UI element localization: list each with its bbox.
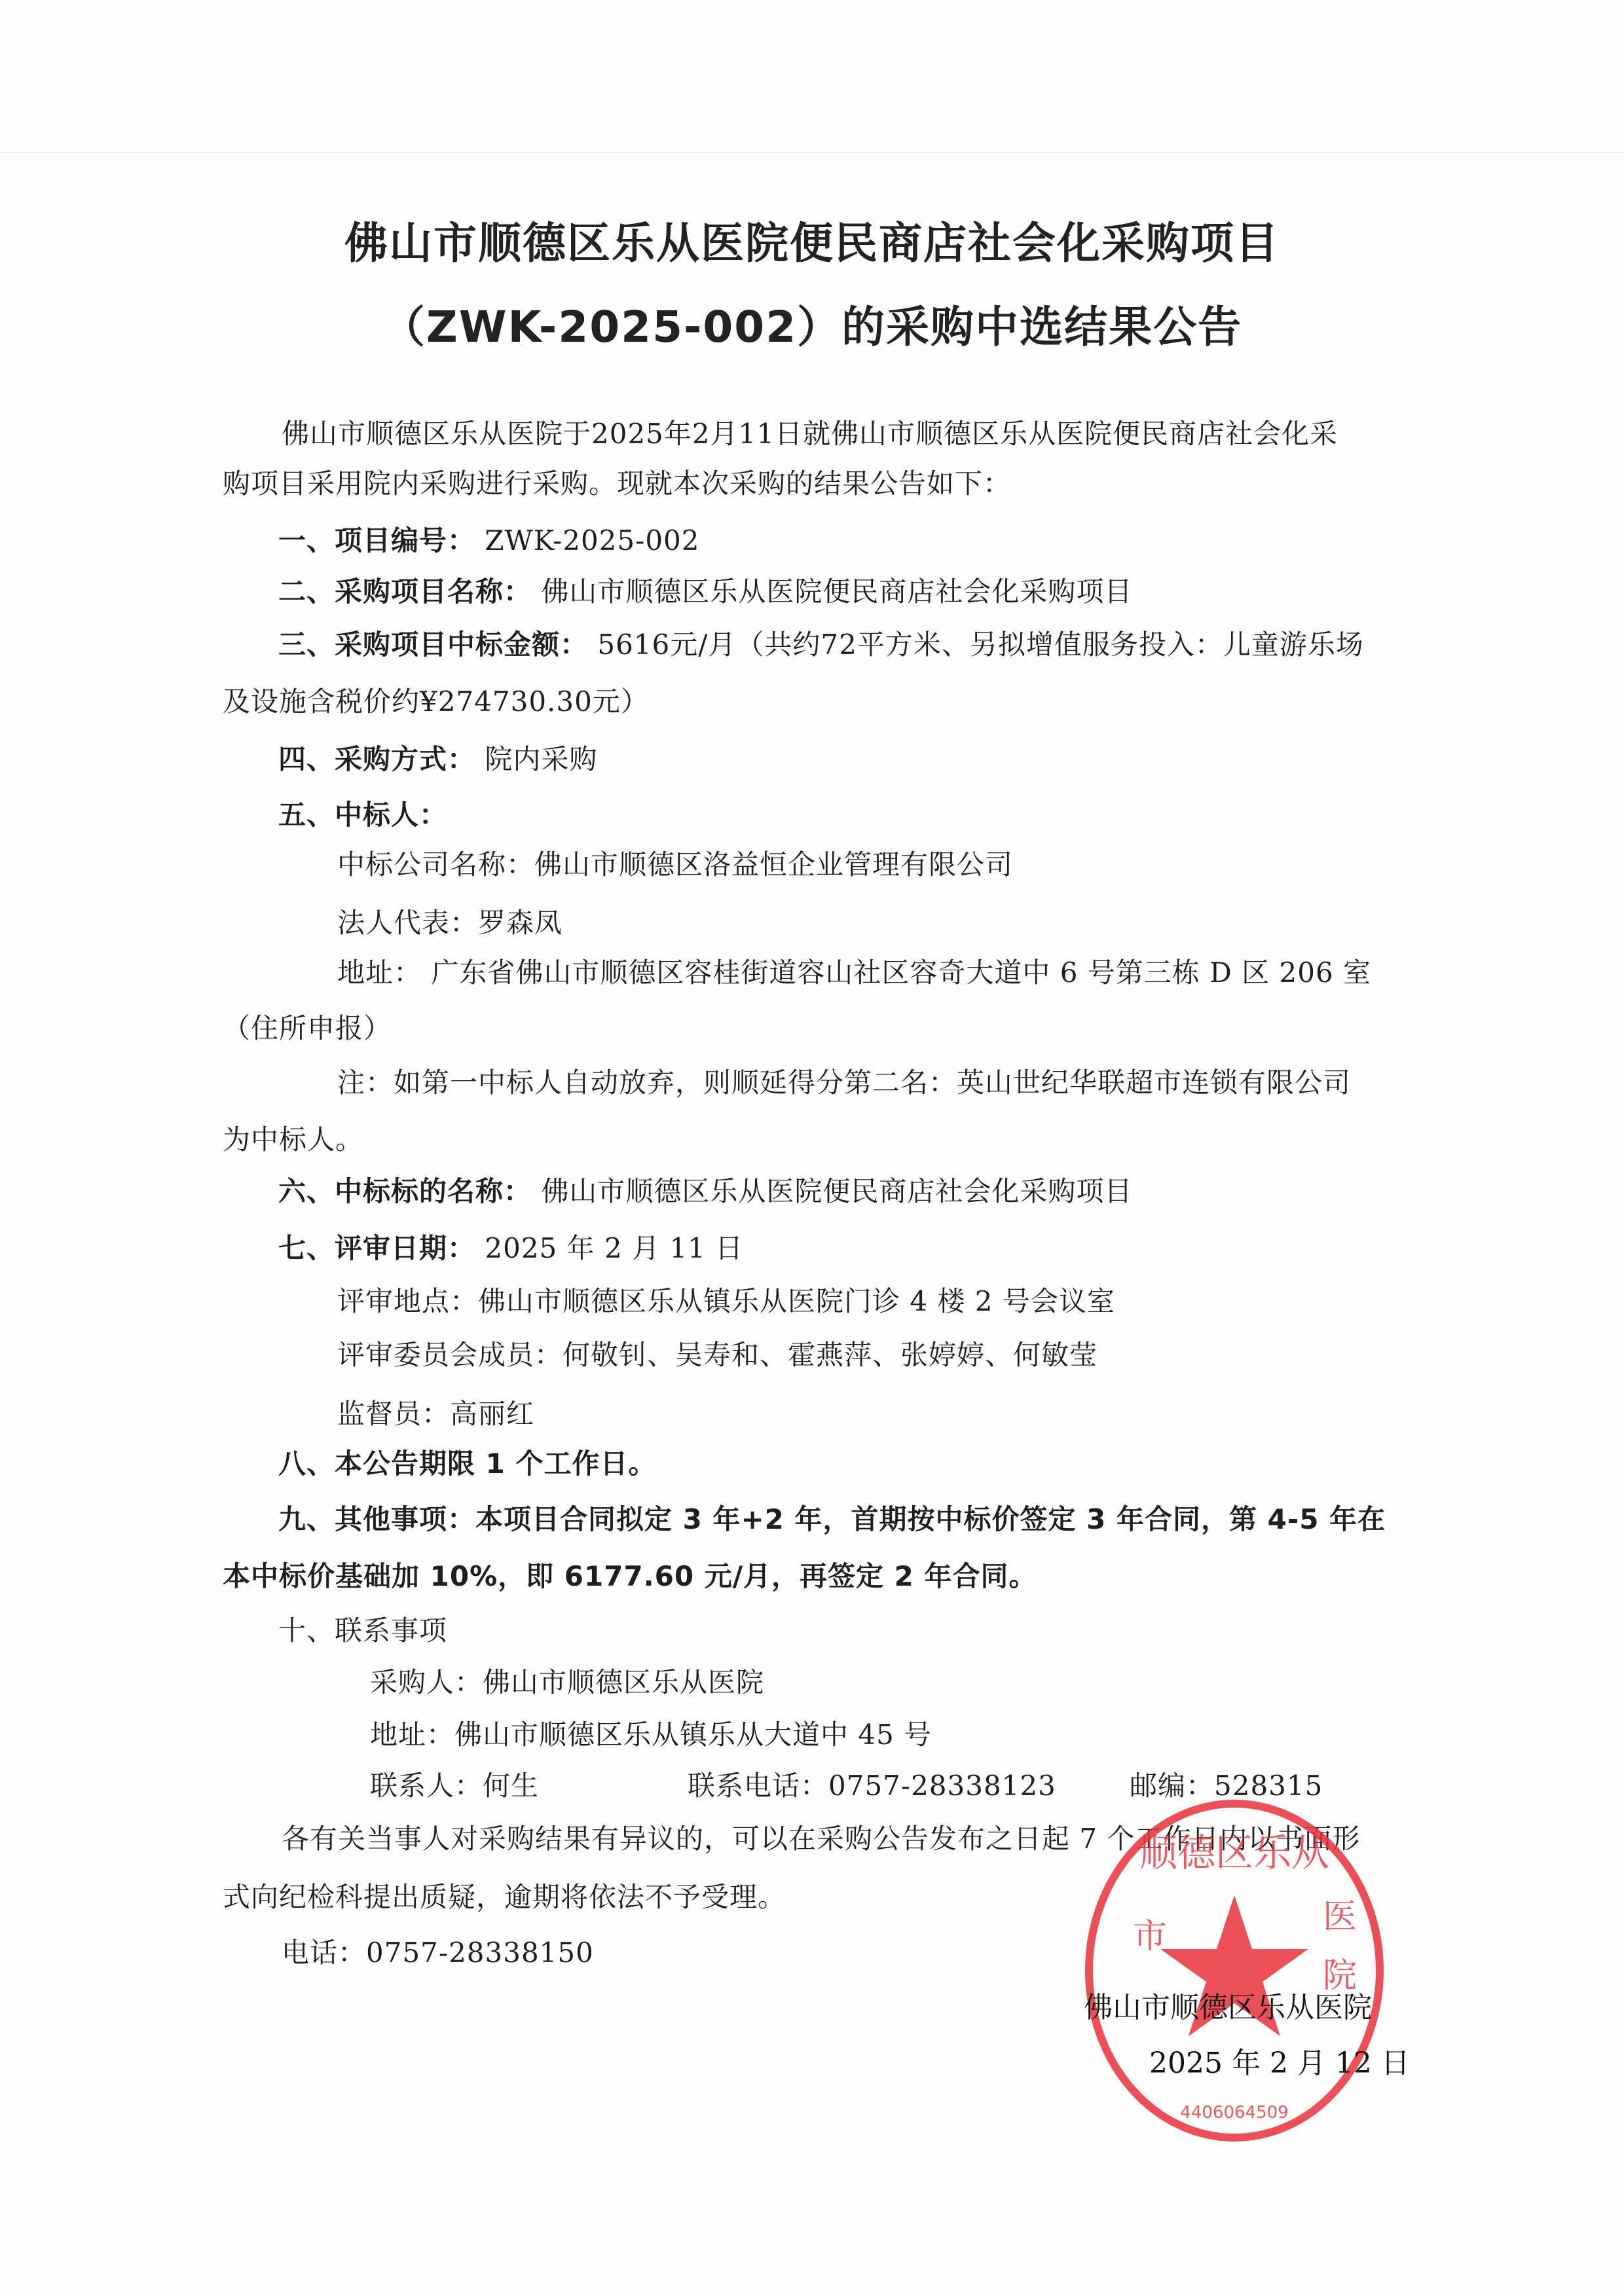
svg-text:4406064509: 4406064509 <box>1180 2103 1288 2123</box>
contact-phone: 联系电话：0757-28338123 <box>688 1771 1056 1801</box>
svg-text:顺德区乐从: 顺德区乐从 <box>1139 1831 1329 1875</box>
section-8: 八、本公告期限 1 个工作日。 <box>278 1449 656 1479</box>
section-5-label: 五、中标人： <box>278 800 447 830</box>
company-address-cont: （住所申报） <box>223 1013 392 1044</box>
signature-organization: 佛山市顺德区乐从医院 <box>1084 1984 1372 2026</box>
section-4: 四、采购方式： 院内采购 <box>278 744 597 774</box>
section-6-label: 六、中标标的名称： <box>278 1175 532 1207</box>
section-6: 六、中标标的名称： 佛山市顺德区乐从医院便民商店社会化采购项目 <box>278 1176 1132 1207</box>
title-line-1: 佛山市顺德区乐从医院便民商店社会化采购项目 <box>0 208 1624 270</box>
note-line-2: 为中标人。 <box>223 1125 363 1155</box>
bid-subject-name: 佛山市顺德区乐从医院便民商店社会化采购项目 <box>541 1175 1132 1207</box>
procurement-method: 院内采购 <box>485 743 597 775</box>
phone: 电话：0757-28338150 <box>282 1938 594 1968</box>
official-seal-icon: 顺德区乐从 市 医 院 4406064509 <box>1080 1797 1388 2147</box>
winning-company: 中标公司名称：佛山市顺德区洛益恒企业管理有限公司 <box>337 850 1013 880</box>
supervisor: 监督员：高丽红 <box>337 1399 534 1429</box>
section-4-label: 四、采购方式： <box>278 743 475 775</box>
document-page: 佛山市顺德区乐从医院便民商店社会化采购项目 （ZWK-2025-002）的采购中… <box>0 0 1624 2296</box>
intro-line-1: 佛山市顺德区乐从医院于2025年2月11日就佛山市顺德区乐从医院便民商店社会化采 <box>282 419 1338 449</box>
section-7: 七、评审日期： 2025 年 2 月 11 日 <box>278 1233 743 1264</box>
section-1: 一、项目编号： ZWK-2025-002 <box>278 526 699 556</box>
objection-line-2: 式向纪检科提出质疑，逾期将依法不予受理。 <box>223 1882 786 1912</box>
project-number: ZWK-2025-002 <box>485 524 699 556</box>
project-name: 佛山市顺德区乐从医院便民商店社会化采购项目 <box>541 575 1132 608</box>
section-10-label: 十、联系事项 <box>278 1616 447 1646</box>
legal-representative: 法人代表：罗森凤 <box>337 908 563 938</box>
company-address: 地址： 广东省佛山市顺德区容桂街道容山社区容奇大道中 6 号第三栋 D 区 20… <box>337 958 1371 988</box>
section-9-line-1: 九、其他事项：本项目合同拟定 3 年+2 年，首期按中标价签定 3 年合同，第 … <box>278 1504 1386 1535</box>
contact-person: 联系人：何生 <box>370 1771 539 1801</box>
section-1-label: 一、项目编号： <box>278 524 475 556</box>
purchaser: 采购人：佛山市顺德区乐从医院 <box>370 1667 764 1698</box>
review-location: 评审地点：佛山市顺德区乐从镇乐从医院门诊 4 楼 2 号会议室 <box>337 1286 1115 1317</box>
section-2: 二、采购项目名称： 佛山市顺德区乐从医院便民商店社会化采购项目 <box>278 577 1132 607</box>
title-line-2: （ZWK-2025-002）的采购中选结果公告 <box>0 292 1624 354</box>
signature-date: 2025 年 2 月 12 日 <box>1149 2039 1410 2081</box>
section-7-label: 七、评审日期： <box>278 1232 475 1264</box>
section-2-label: 二、采购项目名称： <box>278 575 532 608</box>
section-9-line-2: 本中标价基础加 10%，即 6177.60 元/月，再签定 2 年合同。 <box>223 1561 1037 1592</box>
intro-line-2: 购项目采用院内采购进行采购。现就本次采购的结果公告如下： <box>223 469 1011 499</box>
section-3: 三、采购项目中标金额： 5616元/月（共约72平方米、另拟增值服务投入：儿童游… <box>278 630 1364 660</box>
purchaser-address: 地址：佛山市顺德区乐从镇乐从大道中 45 号 <box>370 1720 932 1750</box>
scan-edge-line <box>0 152 1624 153</box>
svg-text:市: 市 <box>1133 1917 1167 1956</box>
note-line-1: 注：如第一中标人自动放弃，则顺延得分第二名：英山世纪华联超市连锁有限公司 <box>337 1068 1351 1098</box>
review-date: 2025 年 2 月 11 日 <box>485 1232 743 1264</box>
svg-text:医: 医 <box>1323 1897 1357 1937</box>
section-3-cont: 及设施含税价约¥274730.30元） <box>223 687 649 717</box>
section-3-label: 三、采购项目中标金额： <box>278 629 588 661</box>
review-committee: 评审委员会成员：何敬钊、吴寿和、霍燕萍、张婷婷、何敏莹 <box>337 1340 1098 1370</box>
bid-amount: 5616元/月（共约72平方米、另拟增值服务投入：儿童游乐场 <box>597 629 1363 661</box>
